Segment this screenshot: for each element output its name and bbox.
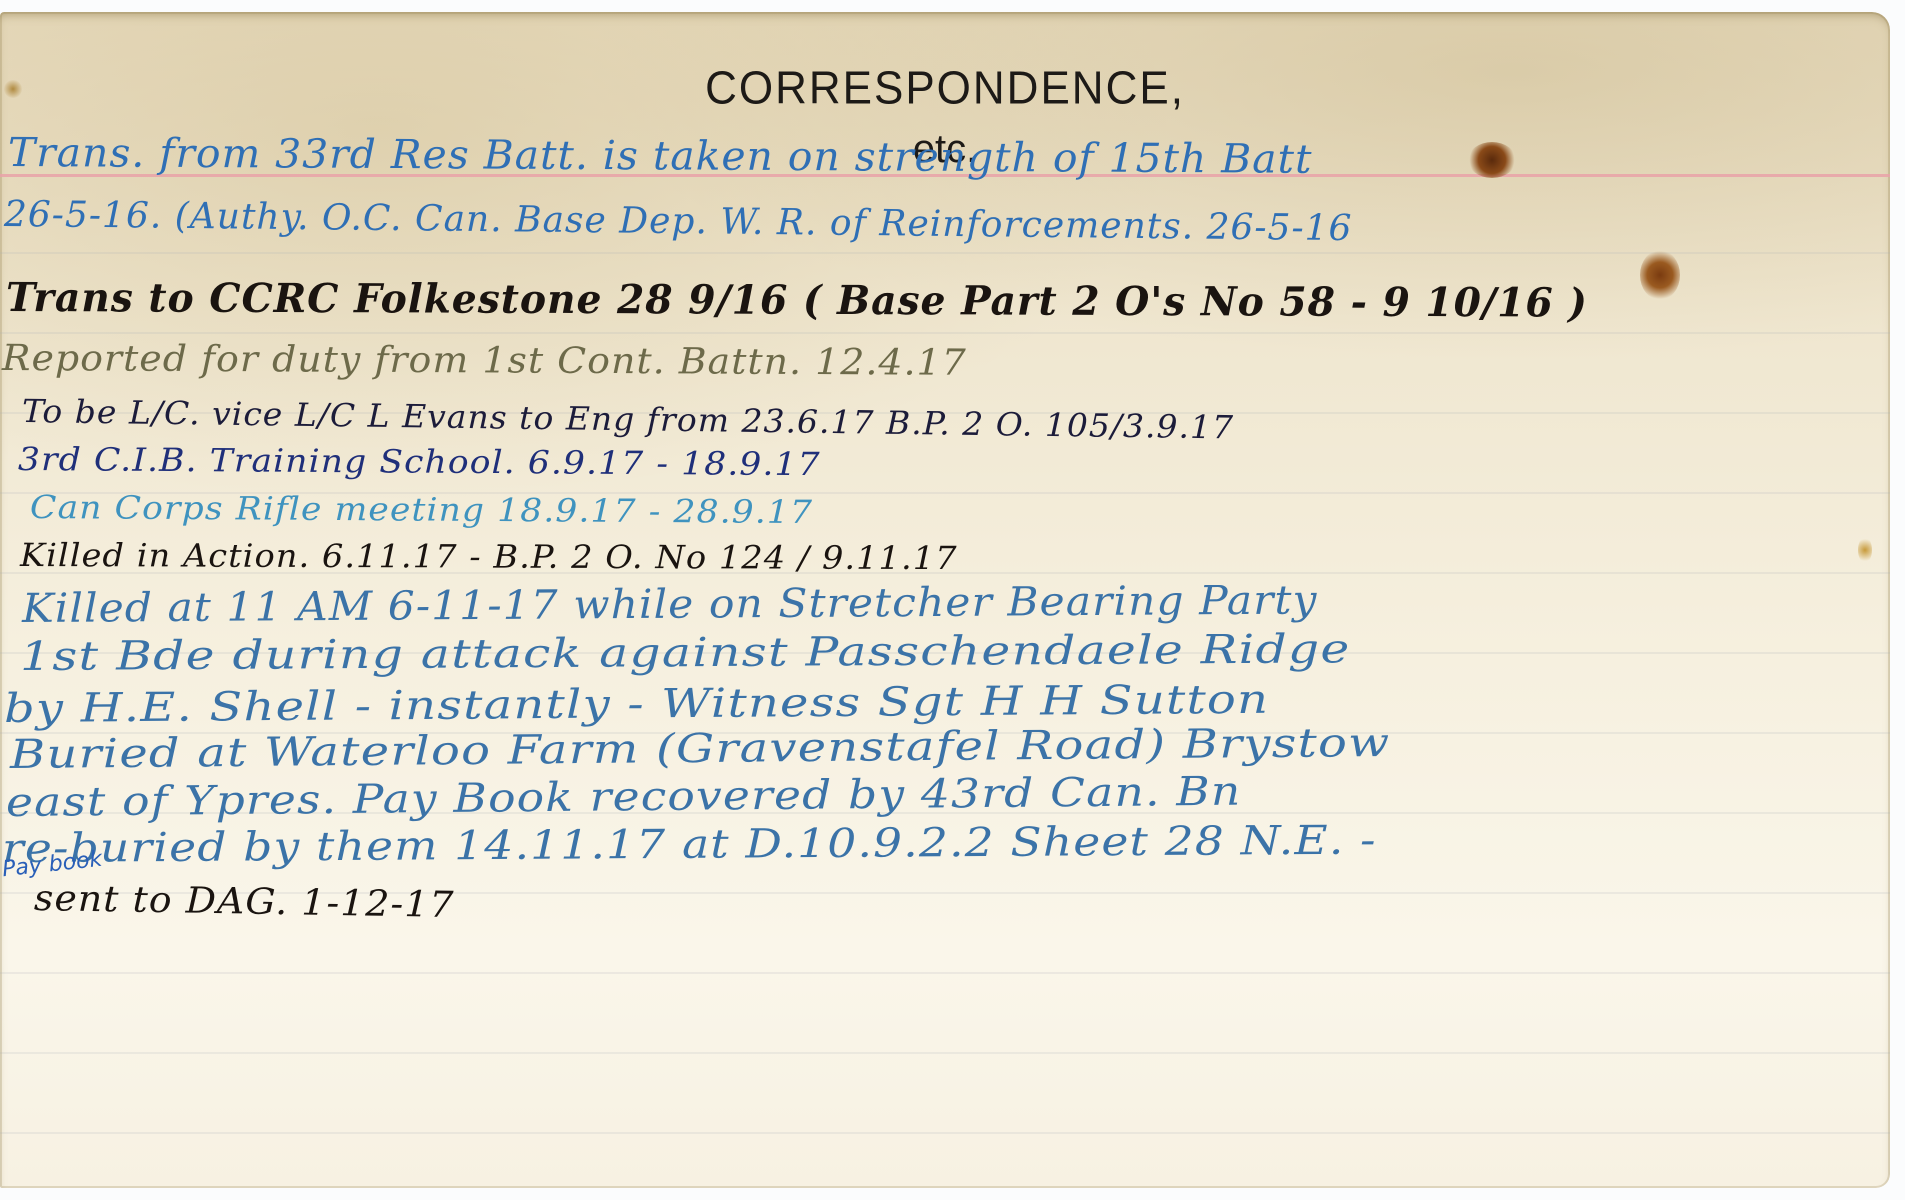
card-title: CORRESPONDENCE, [0,63,1890,116]
entry-line: 26-5-16. (Authy. O.C. Can. Base Dep. W. … [4,194,1353,249]
entry-line: Trans to CCRC Folkestone 28 9/16 ( Base … [6,274,1588,327]
rust-stain [1640,250,1680,300]
ruled-line [0,252,1890,254]
foxing-spot [1858,537,1872,563]
entry-line: Killed at 11 AM 6-11-17 while on Stretch… [22,577,1318,632]
entry-line: Trans. from 33rd Res Batt. is taken on s… [8,130,1313,183]
entry-line: Reported for duty from 1st Cont. Battn. … [2,338,967,384]
entry-line: To be L/C. vice L/C L Evans to Eng from … [22,392,1235,446]
entry-line: re-buried by them 14.11.17 at D.10.9.2.2… [2,818,1377,872]
entry-line: sent to DAG. 1-12-17 [34,878,455,926]
entry-line: Can Corps Rifle meeting 18.9.17 - 28.9.1… [30,488,813,531]
ruled-line [0,332,1890,334]
ruled-line [0,1132,1890,1134]
ruled-line [0,972,1890,974]
index-card: CORRESPONDENCE, etc. Trans. from 33rd Re… [0,12,1890,1188]
entry-line: 1st Bde during attack against Passchenda… [20,626,1351,680]
entry-line: east of Ypres. Pay Book recovered by 43r… [6,769,1242,826]
entry-line: 3rd C.I.B. Training School. 6.9.17 - 18.… [18,440,821,483]
entry-line: Killed in Action. 6.11.17 - B.P. 2 O. No… [20,536,958,577]
ruled-line [0,1052,1890,1054]
